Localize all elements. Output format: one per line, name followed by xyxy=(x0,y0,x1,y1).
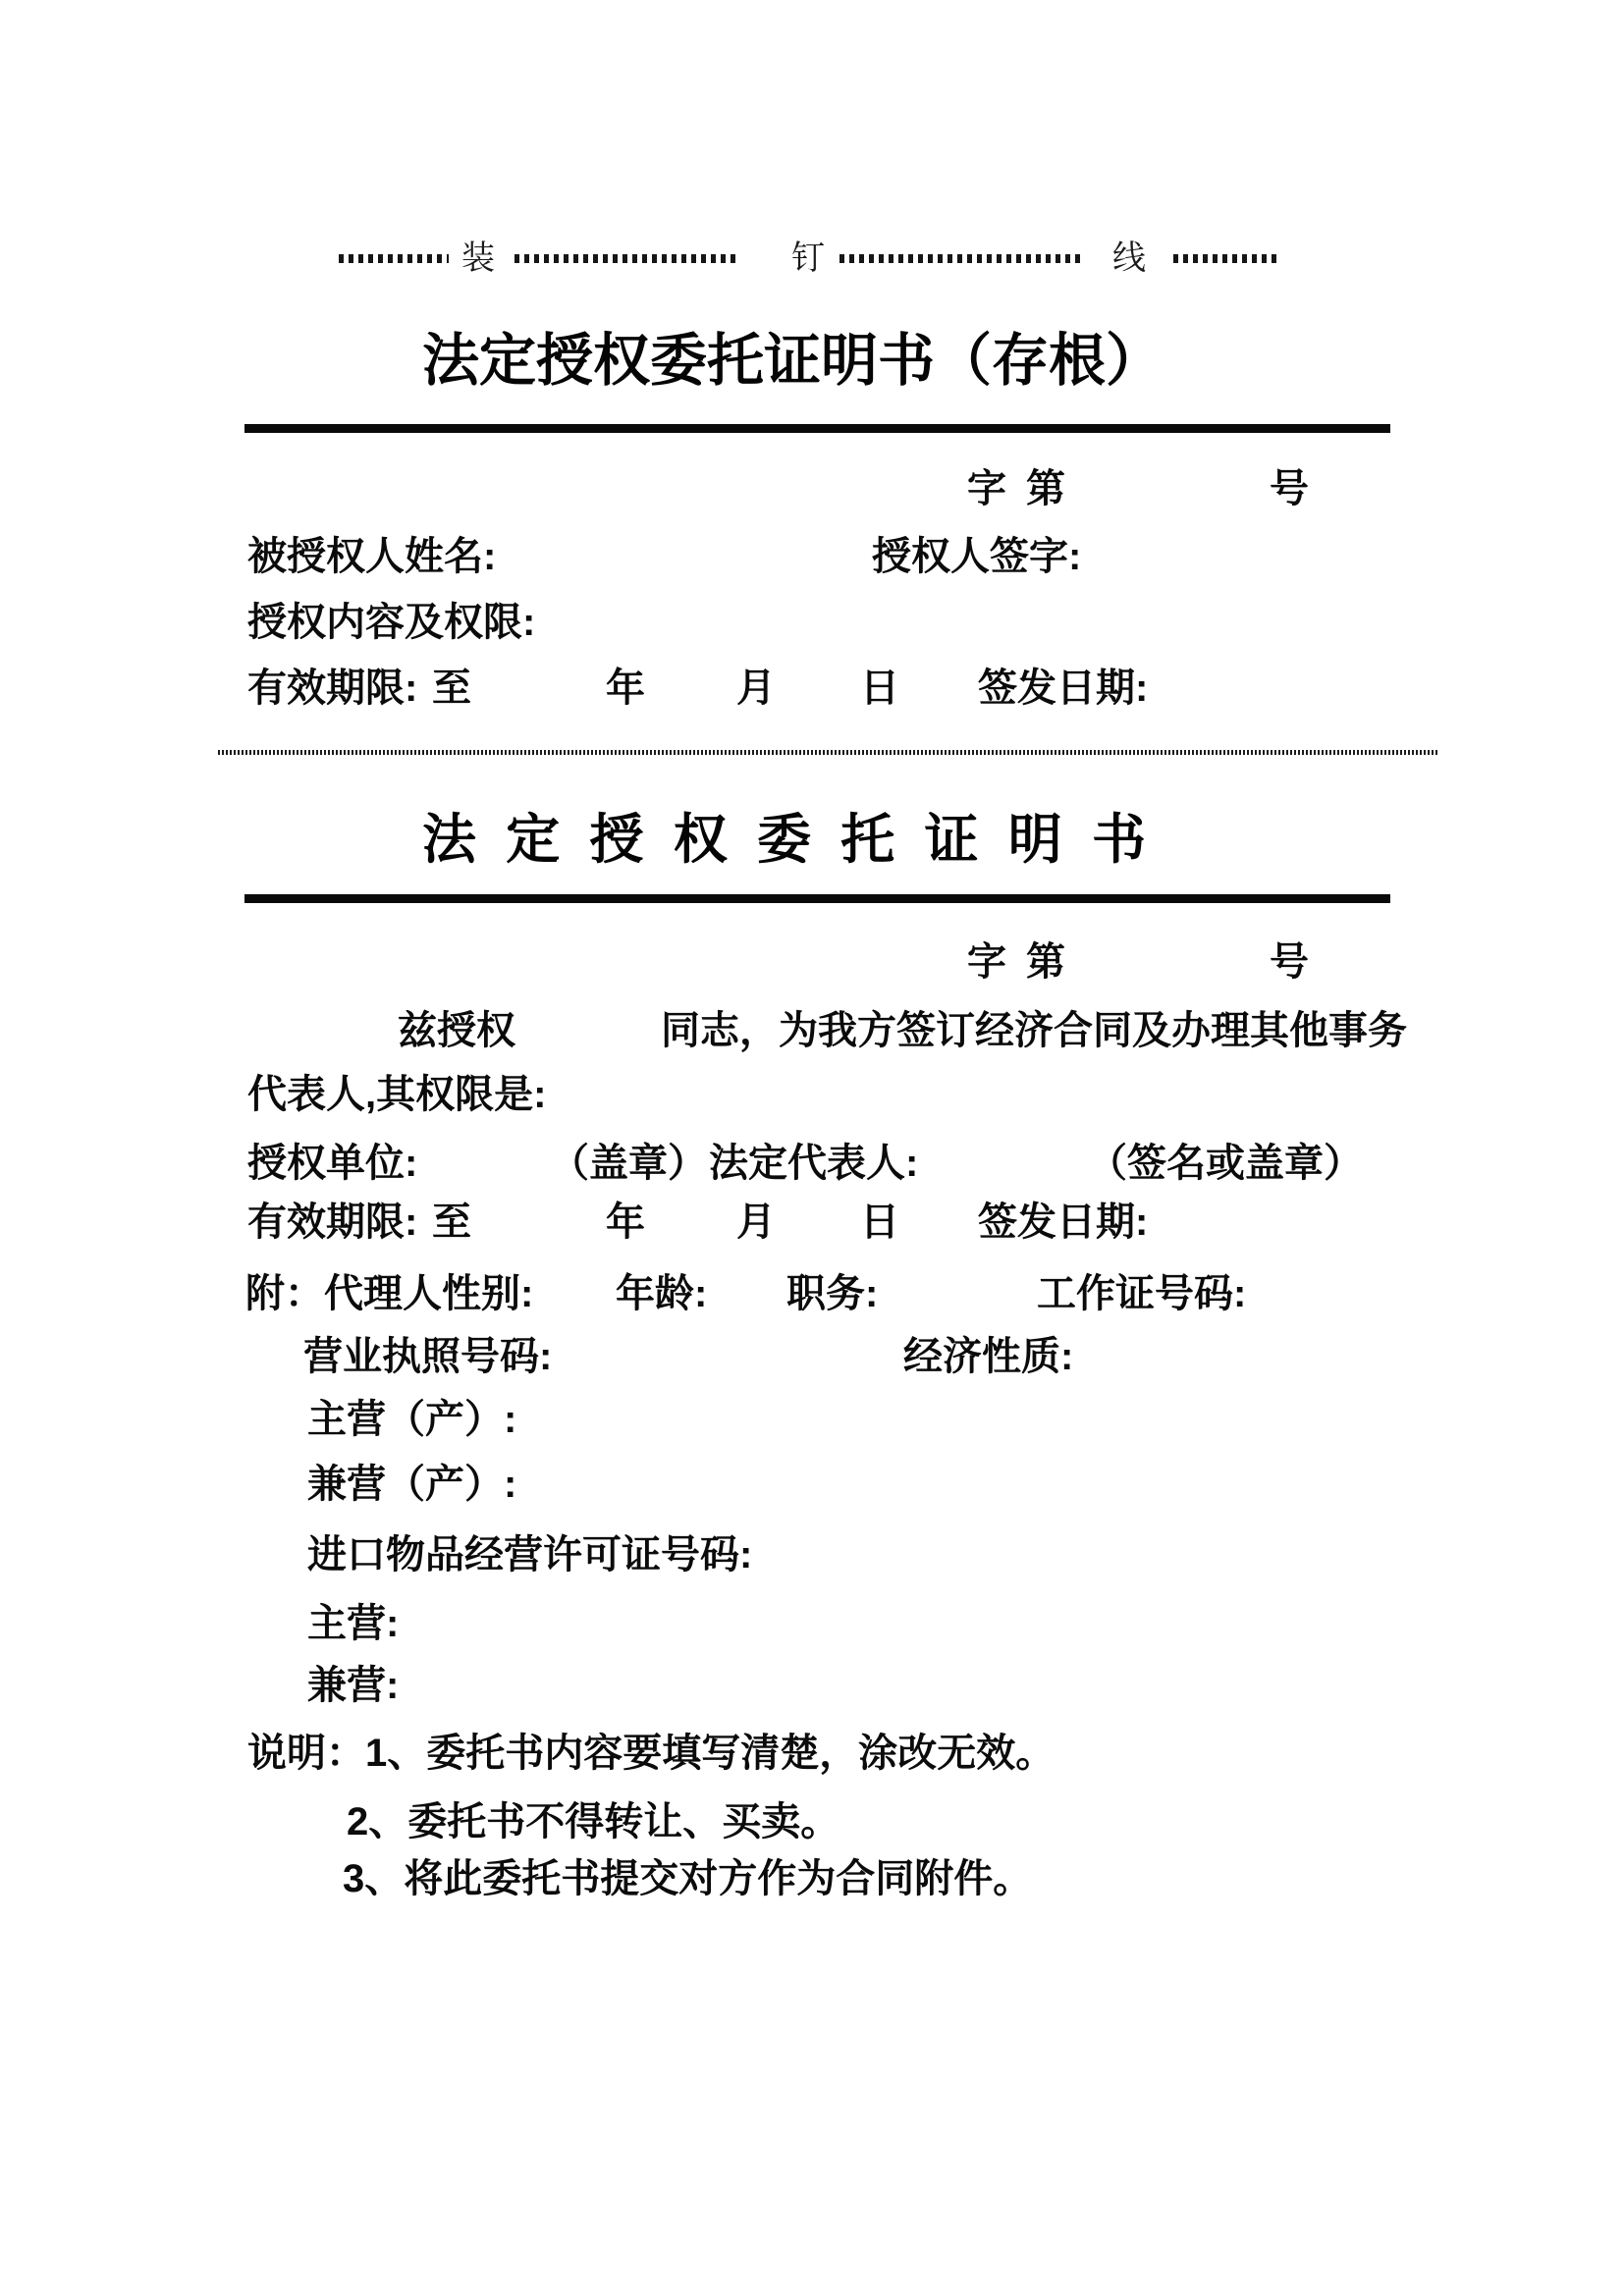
import-license-line: 进口物品经营许可证号码: xyxy=(0,1533,1624,1578)
stub-grantee-name-label: 被授权人姓名: xyxy=(247,535,496,578)
stub-validity-label: 有效期限: xyxy=(247,667,417,710)
note-2-text: 2、委托书不得转让、买卖。 xyxy=(347,1800,839,1843)
main-validity-line: 有效期限: 至 年 月 日 签发日期: xyxy=(0,1201,1624,1246)
stub-serial-line: 字 第 号 xyxy=(0,467,1624,512)
stub-year-label: 年 xyxy=(606,667,645,710)
binding-dots-segment xyxy=(1173,254,1281,263)
main-day-label: 日 xyxy=(860,1201,899,1244)
main-issue-date-label: 签发日期: xyxy=(978,1201,1148,1244)
main-month-label: 月 xyxy=(736,1201,776,1244)
note-3-text: 3、将此委托书提交对方作为合同附件。 xyxy=(343,1857,1032,1900)
authorize-label: 兹授权 xyxy=(398,1009,515,1052)
work-id-label: 工作证号码: xyxy=(1037,1272,1246,1315)
note-line-1: 说明：1、委托书内容要填写清楚，涂改无效。 xyxy=(0,1732,1624,1777)
stub-issue-date-label: 签发日期: xyxy=(978,667,1148,710)
note-line-3: 3、将此委托书提交对方作为合同附件。 xyxy=(0,1857,1624,1902)
stub-title-rule xyxy=(244,424,1390,433)
unit-label: 授权单位: xyxy=(247,1142,417,1185)
age-label: 年龄: xyxy=(616,1272,707,1315)
stub-until-label: 至 xyxy=(432,667,471,710)
binding-label-ding: 钉 xyxy=(791,240,825,276)
main-serial-hao-label: 号 xyxy=(1270,940,1309,984)
main-until-label: 至 xyxy=(432,1201,471,1244)
side-product-label: 兼营（产）: xyxy=(307,1463,516,1506)
main-representative-line: 代表人,其权限是: xyxy=(0,1073,1624,1118)
binding-dots-segment xyxy=(839,254,1083,263)
main-business-label: 主营: xyxy=(307,1602,399,1645)
main-title-rule xyxy=(244,894,1390,903)
main-title: 法定授权委托证明书 xyxy=(422,810,1175,869)
attachment-gender-label: 附：代理人性别: xyxy=(245,1272,533,1315)
authorization-form-page: 装 钉 线 法定授权委托证明书（存根） 字 第 号 被授权人姓名: 授权人签字:… xyxy=(0,0,1624,2296)
side-business-label: 兼营: xyxy=(307,1664,399,1707)
main-product-line: 主营（产）: xyxy=(0,1398,1624,1443)
representative-text: 代表人,其权限是: xyxy=(247,1073,546,1116)
main-year-label: 年 xyxy=(606,1201,645,1244)
economic-nature-label: 经济性质: xyxy=(903,1335,1073,1378)
side-product-line: 兼营（产）: xyxy=(0,1463,1624,1508)
note-1-text: 说明：1、委托书内容要填写清楚，涂改无效。 xyxy=(247,1732,1055,1775)
main-attachment-line: 附：代理人性别: 年龄: 职务: 工作证号码: xyxy=(0,1272,1624,1317)
binding-line: 装 钉 线 xyxy=(0,240,1624,282)
main-authorize-line: 兹授权 同志，为我方签订经济合同及办理其他事务 xyxy=(0,1009,1624,1054)
binding-dots-segment xyxy=(339,254,449,263)
import-license-label: 进口物品经营许可证号码: xyxy=(307,1533,752,1576)
binding-dots-segment xyxy=(514,254,736,263)
unit-seal-note: （盖章） xyxy=(550,1142,707,1185)
stub-scope-label: 授权内容及权限: xyxy=(247,601,535,644)
stub-serial-zi-label: 字 xyxy=(967,467,1006,510)
binding-label-xian: 线 xyxy=(1112,240,1146,276)
main-serial-di-label: 第 xyxy=(1026,940,1065,984)
main-serial-zi-label: 字 xyxy=(967,940,1006,984)
position-label: 职务: xyxy=(786,1272,878,1315)
stub-serial-hao-label: 号 xyxy=(1270,467,1309,510)
authorize-text: 同志，为我方签订经济合同及办理其他事务 xyxy=(661,1009,1407,1052)
main-serial-line: 字 第 号 xyxy=(0,940,1624,986)
main-validity-label: 有效期限: xyxy=(247,1201,417,1244)
legal-rep-seal-note: （签名或盖章） xyxy=(1088,1142,1363,1185)
stub-title: 法定授权委托证明书（存根） xyxy=(422,331,1163,392)
stub-scope-line: 授权内容及权限: xyxy=(0,601,1624,646)
main-product-label: 主营（产）: xyxy=(307,1398,516,1441)
business-license-label: 营业执照号码: xyxy=(303,1335,552,1378)
side-business-line: 兼营: xyxy=(0,1664,1624,1709)
stub-name-line: 被授权人姓名: 授权人签字: xyxy=(0,535,1624,580)
perforation-line xyxy=(218,750,1438,755)
legal-rep-label: 法定代表人: xyxy=(709,1142,918,1185)
binding-label-zhuang: 装 xyxy=(461,240,495,276)
stub-day-label: 日 xyxy=(860,667,899,710)
stub-serial-di-label: 第 xyxy=(1026,467,1065,510)
main-unit-line: 授权单位: （盖章） 法定代表人: （签名或盖章） xyxy=(0,1142,1624,1187)
stub-validity-line: 有效期限: 至 年 月 日 签发日期: xyxy=(0,667,1624,712)
main-business-line: 主营: xyxy=(0,1602,1624,1647)
stub-grantor-sign-label: 授权人签字: xyxy=(872,535,1081,578)
main-license-line: 营业执照号码: 经济性质: xyxy=(0,1335,1624,1380)
note-line-2: 2、委托书不得转让、买卖。 xyxy=(0,1800,1624,1845)
stub-month-label: 月 xyxy=(736,667,776,710)
